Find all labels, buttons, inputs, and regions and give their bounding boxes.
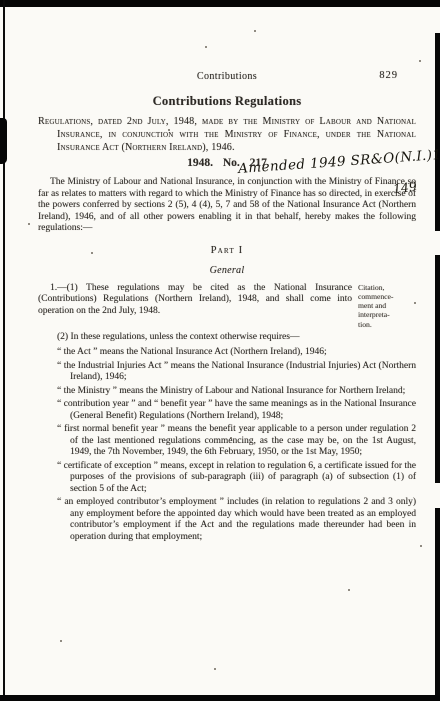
definitions-list: “ the Act ” means the National Insurance… [38,347,416,543]
margin-note-line: ment and [358,301,416,310]
definition-item: “ contribution year ” and “ benefit year… [38,399,416,422]
margin-note-line: Citation, [358,283,416,292]
margin-note-line: interpreta- [358,310,416,319]
scan-speck [205,46,207,48]
scan-speck [28,223,30,225]
scan-speck [214,668,216,670]
page-number: 829 [379,70,398,81]
definition-item: “ certificate of exception ” means, exce… [38,461,416,496]
margin-note-line: tion. [358,320,416,329]
preamble-paragraph: Regulations, dated 2nd July, 1948, made … [38,115,416,154]
document-title: Contributions Regulations [38,94,416,109]
definition-item: “ the Industrial Injuries Act ” means th… [38,361,416,384]
definition-item: “ an employed contributor’s employment ”… [38,497,416,543]
definition-item: “ the Act ” means the National Insurance… [38,347,416,359]
margin-note-line: commence- [358,292,416,301]
margin-note: Citation, commence- ment and interpreta-… [352,283,416,329]
regulation-1-row: 1.—(1) These regulations may be cited as… [38,283,416,329]
scan-speck [60,640,62,642]
running-header: Contributions 829 [38,71,416,85]
scan-speck [420,545,422,547]
running-header-title: Contributions [38,71,416,82]
document-body: Contributions Regulations Regulations, d… [38,94,416,545]
regulation-1-paragraph-1: 1.—(1) These regulations may be cited as… [38,283,352,329]
scan-border-right [435,33,440,231]
scan-speck [348,589,350,591]
scan-border-bottom [0,695,440,701]
instrument-number: 1948. No. 217 [38,157,416,169]
enacting-paragraph: The Ministry of Labour and National Insu… [38,177,416,235]
scanned-document-page: Contributions 829 Amended 1949 SR&O(N.I.… [0,0,440,701]
regulation-1-paragraph-2: (2) In these regulations, unless the con… [38,332,416,344]
scan-border-top [0,0,440,7]
definition-item: “ the Ministry ” means the Ministry of L… [38,386,416,398]
scan-speck [419,60,421,62]
definition-item: “ first normal benefit year ” means the … [38,424,416,459]
part-heading: Part I [38,245,416,256]
scan-ink-blob [0,118,7,164]
scan-border-right [435,508,440,695]
scan-border-left [3,0,5,701]
part-subheading: General [38,265,416,276]
scan-speck [254,30,256,32]
scan-border-right [435,255,440,483]
